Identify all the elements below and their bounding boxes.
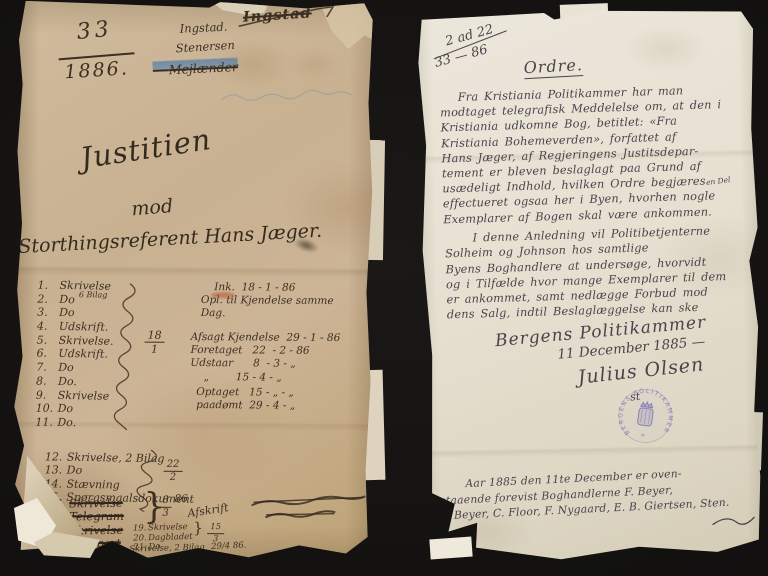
document-list-row: 4. Udskrift. <box>37 320 114 335</box>
row-label: Skrivelse <box>58 388 110 402</box>
row-label: Udskrift. <box>59 320 109 334</box>
row-label: Udskrift. <box>58 347 108 361</box>
document-list-row: 9. Skrivelse <box>36 388 113 403</box>
journal-reference: 2 ad 22 33 — 86 <box>428 19 512 72</box>
dates-received: Ink. 18 - 1 - 86Opl. til Kjendelse samme… <box>201 281 334 322</box>
case-cover-page: 33 1886. Ingstad. Stenersen Mejlænder In… <box>11 1 375 559</box>
date-fraction-22-2: 22 2 <box>164 460 183 483</box>
row-number: 5. <box>37 333 59 346</box>
document-list-row: 8. Do. <box>36 374 113 389</box>
document-list-row: 7. Do <box>36 361 113 376</box>
letter-title: Ordre. <box>523 57 583 79</box>
date-line: paadømt 29 - 4 - „ <box>196 399 295 413</box>
document-row-22: 22 Skrivelse, 2 Bilag <box>113 543 205 554</box>
name-mejlaender-struck: Mejlænder <box>152 47 238 77</box>
date-line: Udstaar 8 - 3 - „ <box>190 357 340 371</box>
document-list-main: 1. Skrivelse 2. Do 3. Do 4. Udskrift. 5.… <box>35 279 114 431</box>
case-number: 33 <box>76 18 114 44</box>
red-ink-mark <box>211 292 235 298</box>
row-number: 9. <box>36 388 58 401</box>
crossed-out-scribble <box>263 508 337 521</box>
stamp-star: ✳ <box>640 433 645 440</box>
row-number: 2. <box>37 292 59 305</box>
row-label: Do. <box>57 416 76 429</box>
row-label: Do <box>59 293 75 306</box>
dates-rulings: Afsagt Kjendelse 29 - 1 - 86Foretaget 22… <box>190 331 340 385</box>
case-year: 1886. <box>64 59 130 83</box>
row-number: 6. <box>36 347 58 360</box>
row-label: Skrivelse <box>69 496 123 511</box>
document-list-row: 11. Do. <box>35 415 112 430</box>
crossed-out-scribble <box>249 491 368 510</box>
document-list-row: 3. Do <box>37 306 114 321</box>
document-list-row: 5. Skrivelse. <box>37 333 114 348</box>
date-line: Dag. <box>201 307 334 321</box>
pencil-note-scribble <box>219 86 357 109</box>
case-title-line2: mod <box>131 197 174 220</box>
closing-flourish <box>710 513 756 530</box>
date-line: Foretaget 22 - 2 - 86 <box>190 344 340 358</box>
row-number: 11. <box>35 415 57 428</box>
row-number: 3. <box>37 306 59 319</box>
row-number: 4. <box>37 320 59 333</box>
case-title-line3: Storthingsreferent Hans Jæger. <box>18 222 323 258</box>
document-list-row: 20. Dagbladet <box>133 531 193 542</box>
row-label: Do <box>58 402 74 415</box>
bilag-note: 6 Bilag <box>79 291 108 300</box>
document-list-row: 10. Do <box>36 402 113 417</box>
date-line: „ 15 - 4 - „ <box>190 371 340 385</box>
row-number: 1. <box>37 279 59 292</box>
torn-paper-tab <box>429 537 472 560</box>
case-title-line1: Justitien <box>78 124 213 174</box>
date-fraction-18-1: 18 1 <box>144 330 164 355</box>
row-label: Skrivelse. <box>59 334 114 348</box>
date-line: Afsagt Kjendelse 29 - 1 - 86 <box>191 331 341 345</box>
pen-swoosh-mark <box>237 2 337 33</box>
row-number: 8. <box>36 374 58 387</box>
letter-paragraph-2: I denne Anledning vil PolitibetjenterneS… <box>444 222 751 323</box>
date-fraction-15-3: 15 3 <box>207 523 224 543</box>
date-line: Optaget 15 - „ - „ <box>196 386 295 400</box>
row-number: 12. <box>45 450 67 463</box>
row-label: Stævning <box>66 477 119 491</box>
row-label: Do <box>67 464 83 477</box>
curly-brace-small: } <box>193 521 203 537</box>
archival-scan-background: { "palette": { "background": "#121110", … <box>0 0 768 576</box>
letter-paragraph-1: Fra Kristiania Politikammer har manmodta… <box>440 81 750 227</box>
row-label: Do <box>59 306 75 319</box>
row-label: Do. <box>58 375 77 388</box>
row-number: 13. <box>45 464 67 477</box>
police-stamp: BERGENS POLITIKAMMER ✳ <box>613 383 678 448</box>
document-list-row: 6. Udskrift. <box>36 347 113 362</box>
row-number: 7. <box>36 361 58 374</box>
signature: Julius Olsen <box>577 355 705 388</box>
row-label: Do <box>58 361 74 374</box>
dates-judgment: Optaget 15 - „ - „paadømt 29 - 4 - „ <box>196 386 295 413</box>
document-row-22-date: 29/4 86. <box>211 541 247 552</box>
order-letter-page: 2 ad 22 33 — 86 Ordre. Fra Kristiania Po… <box>415 7 766 565</box>
row-number: 10. <box>36 402 58 415</box>
date-fraction-8-3: 8 3 <box>159 496 172 519</box>
year-note: 86 <box>174 494 187 505</box>
